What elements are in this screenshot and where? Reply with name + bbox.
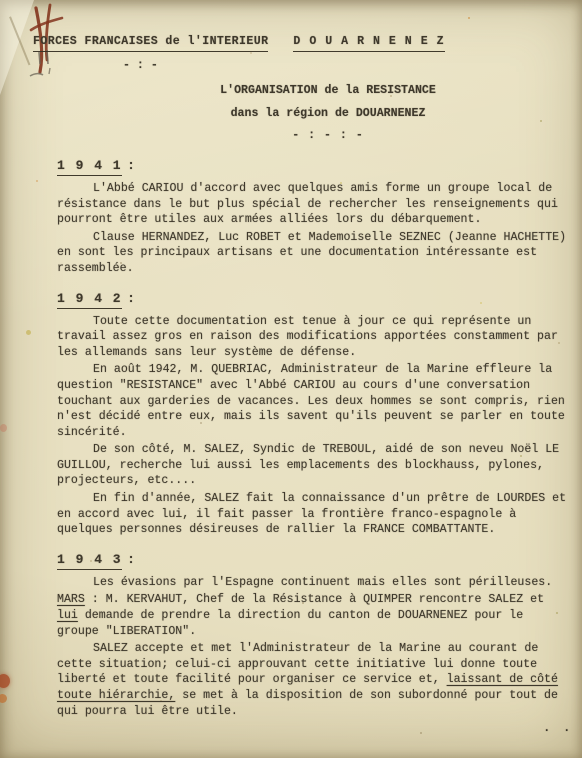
paragraph: SALEZ accepte et met l'Administrateur de… [57, 641, 567, 719]
paragraph: En fin d'année, SALEZ fait la connaissan… [57, 491, 567, 538]
paragraph: En août 1942, M. QUEBRIAC, Administrateu… [57, 362, 567, 440]
body-text: En fin d'année, SALEZ fait la connaissan… [57, 492, 566, 536]
year-colon: : [127, 158, 136, 173]
year-heading: 1 9 4 2: [57, 290, 567, 309]
year-label: 1 9 4 2 [57, 290, 122, 309]
year-colon: : [127, 552, 136, 567]
body-text: L'Abbé CARIOU d'accord avec quelques ami… [57, 182, 558, 226]
body-text: En août 1942, M. QUEBRIAC, Administrateu… [57, 363, 565, 438]
underlined-text: lui [57, 609, 78, 622]
place-header: D O U A R N E N E Z [293, 34, 444, 52]
body-text: demande de prendre la direction du canto… [57, 609, 523, 638]
underlined-text: MARS [57, 593, 85, 606]
body-text: Les évasions par l'Espagne continuent ma… [93, 576, 552, 589]
continuation-dots: . . . . [57, 721, 582, 737]
document-page: FORCES FRANCAISES de l'INTERIEUR D O U A… [0, 0, 582, 758]
year-heading: 1 9 4 3: [57, 551, 567, 570]
document-subtitle: dans la région de DOUARNENEZ [113, 106, 543, 122]
paragraph: Clause HERNANDEZ, Luc ROBET et Mademoise… [57, 230, 567, 277]
body-text: Toute cette documentation est tenue à jo… [57, 315, 558, 359]
document-content: FORCES FRANCAISES de l'INTERIEUR D O U A… [0, 0, 582, 758]
year-heading: 1 9 4 1: [57, 157, 567, 176]
paragraph: Toute cette documentation est tenue à jo… [57, 314, 567, 361]
document-title: L'ORGANISATION de la RESISTANCE [113, 83, 543, 99]
body-text: De son côté, M. SALEZ, Syndic de TREBOUL… [57, 443, 559, 487]
paragraph: L'Abbé CARIOU d'accord avec quelques ami… [57, 181, 567, 228]
year-colon: : [127, 291, 136, 306]
org-header: FORCES FRANCAISES de l'INTERIEUR [33, 34, 268, 52]
document-body: 1 9 4 1:L'Abbé CARIOU d'accord avec quel… [57, 157, 567, 719]
year-label: 1 9 4 3 [57, 551, 122, 570]
body-text: Clause HERNANDEZ, Luc ROBET et Mademoise… [57, 231, 566, 275]
body-text: : M. KERVAHUT, Chef de la Résistance à Q… [85, 593, 544, 606]
title-block: L'ORGANISATION de la RESISTANCE dans la … [113, 83, 543, 144]
year-label: 1 9 4 1 [57, 157, 122, 176]
paragraph: De son côté, M. SALEZ, Syndic de TREBOUL… [57, 442, 567, 489]
paragraph: Les évasions par l'Espagne continuent ma… [57, 575, 567, 591]
header-separator: - : - [123, 58, 567, 74]
paragraph: MARS : M. KERVAHUT, Chef de la Résistanc… [57, 592, 567, 639]
title-separator: - : - : - [113, 128, 543, 144]
